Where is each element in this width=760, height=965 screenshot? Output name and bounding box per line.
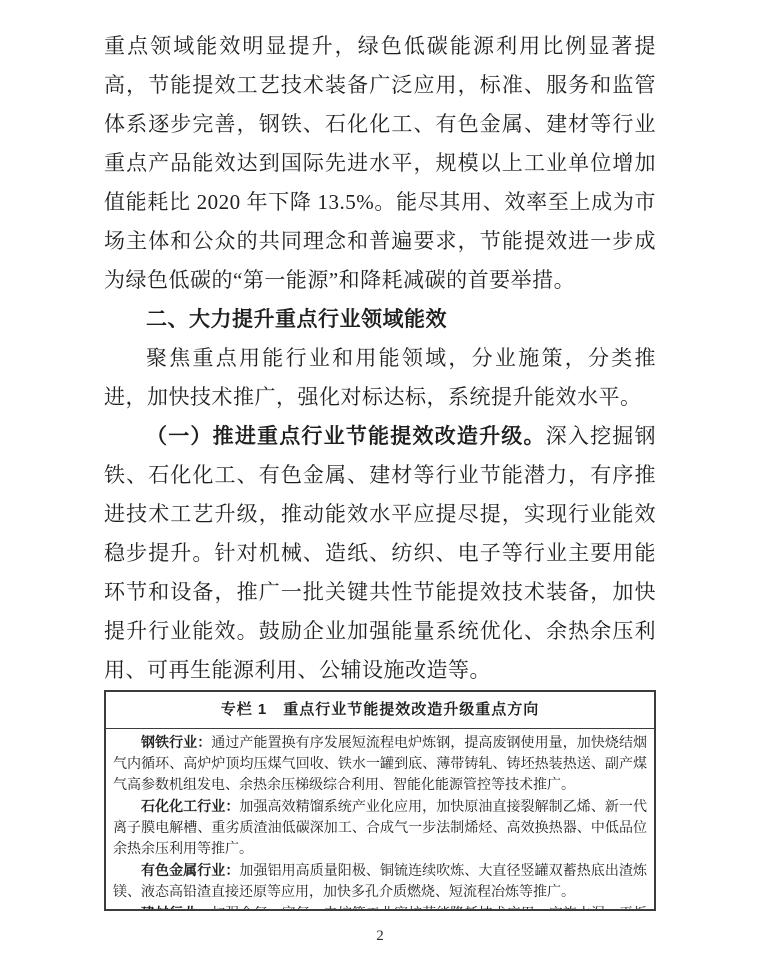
box-item-nonferrous: 有色金属行业：加强铝用高质量阳极、铜锍连续吹炼、大直径竖罐双蓄热底出渣炼镁、液态…	[113, 860, 647, 903]
body-paragraph-with-lead: （一）推进重点行业节能提效改造升级。深入挖掘钢铁、石化化工、有色金属、建材等行业…	[104, 417, 656, 690]
box-item-lead: 石化化工行业：	[141, 798, 239, 814]
column-box-body: 钢铁行业：通过产能置换有序发展短流程电炉炼钢，提高废钢使用量，加快烧结烟气内循环…	[106, 729, 654, 911]
subsection-text: 深入挖掘钢铁、石化化工、有色金属、建材等行业节能潜力，有序推进技术工艺升级，推动…	[104, 424, 656, 682]
page-number: 2	[0, 926, 760, 946]
document-content: 重点领域能效明显提升，绿色低碳能源利用比例显著提高，节能提效工艺技术装备广泛应用…	[104, 27, 656, 911]
box-item-steel: 钢铁行业：通过产能置换有序发展短流程电炉炼钢，提高废钢使用量，加快烧结烟气内循环…	[113, 732, 647, 796]
box-item-building-materials: 建材行业：加强全氧、富氧、电熔等工业窑炉节能降耗技术应用，实施水泥、平板玻	[113, 903, 647, 911]
box-item-lead: 钢铁行业：	[141, 734, 211, 750]
box-item-petrochemical: 石化化工行业：加强高效精馏系统产业化应用，加快原油直接裂解制乙烯、新一代离子膜电…	[113, 796, 647, 860]
subsection-lead: （一）推进重点行业节能提效改造升级。	[146, 424, 546, 448]
body-paragraph-continuation: 重点领域能效明显提升，绿色低碳能源利用比例显著提高，节能提效工艺技术装备广泛应用…	[104, 27, 656, 300]
box-item-lead: 有色金属行业：	[141, 862, 239, 878]
box-item-lead: 建材行业：	[141, 905, 211, 911]
column-box-title: 专栏 1 重点行业节能提效改造升级重点方向	[106, 692, 654, 729]
body-paragraph: 聚焦重点用能行业和用能领域，分业施策，分类推进，加快技术推广，强化对标达标，系统…	[104, 339, 656, 417]
section-heading: 二、大力提升重点行业领域能效	[104, 300, 656, 339]
column-1-box: 专栏 1 重点行业节能提效改造升级重点方向 钢铁行业：通过产能置换有序发展短流程…	[104, 690, 656, 911]
document-page: 重点领域能效明显提升，绿色低碳能源利用比例显著提高，节能提效工艺技术装备广泛应用…	[0, 0, 760, 965]
